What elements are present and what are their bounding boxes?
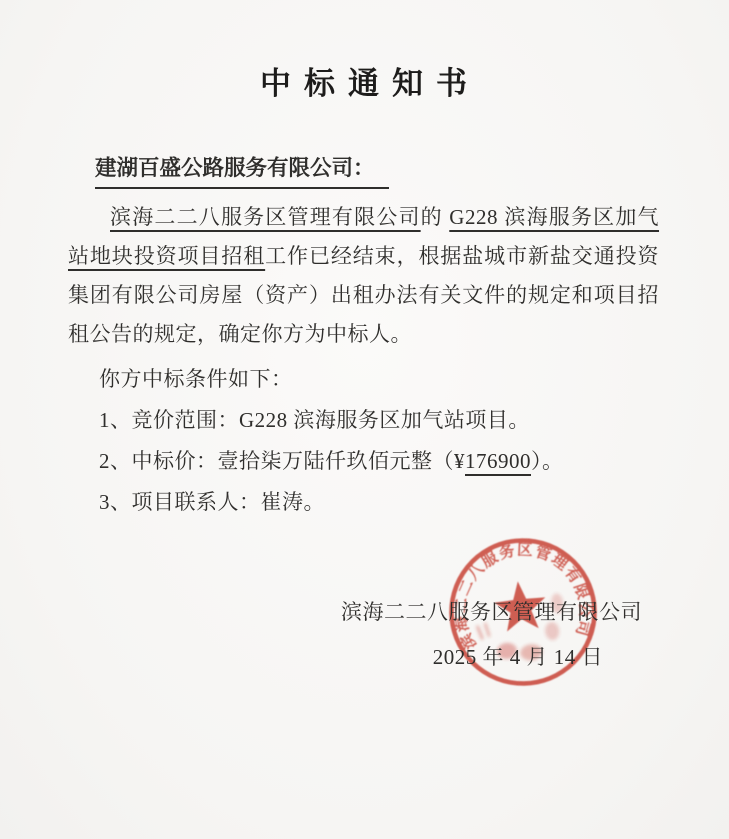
notice-document-page: 中标通知书 建湖百盛公路服务有限公司： 滨海二二八服务区管理有限公司的 G228… — [0, 0, 729, 839]
winning-org-underlined: 滨海二二八服务区管理有限公司 — [110, 205, 421, 229]
condition-item-2-suffix: ）。 — [531, 449, 564, 473]
conditions-intro: 你方中标条件如下： — [68, 359, 659, 399]
paragraph-connector: 的 — [421, 205, 450, 229]
condition-item-2: 2、中标价：壹拾柒万陆仟玖佰元整（¥176900）。 — [99, 441, 659, 481]
condition-item-1: 1、竞价范围：G228 滨海服务区加气站项目。 — [99, 400, 659, 440]
body-paragraph: 滨海二二八服务区管理有限公司的 G228 滨海服务区加气站地块投资项目招租工作已… — [68, 198, 659, 354]
condition-item-2-label: 2、中标价：壹拾柒万陆仟玖佰元整（¥ — [99, 449, 465, 473]
bid-amount-underlined: 176900 — [465, 449, 531, 473]
addressee-line: 建湖百盛公路服务有限公司： — [95, 150, 659, 189]
addressee-company-name: 建湖百盛公路服务有限公司： — [95, 150, 389, 189]
signature-company: 滨海二二八服务区管理有限公司 — [68, 593, 642, 631]
page-title: 中标通知书 — [68, 62, 659, 106]
signature-block: 滨海二二八服务区管理有限公司 2025 年 4 月 14 日 — [68, 593, 659, 676]
signature-date: 2025 年 4 月 14 日 — [68, 638, 603, 676]
condition-item-3: 3、项目联系人：崔涛。 — [99, 482, 659, 522]
